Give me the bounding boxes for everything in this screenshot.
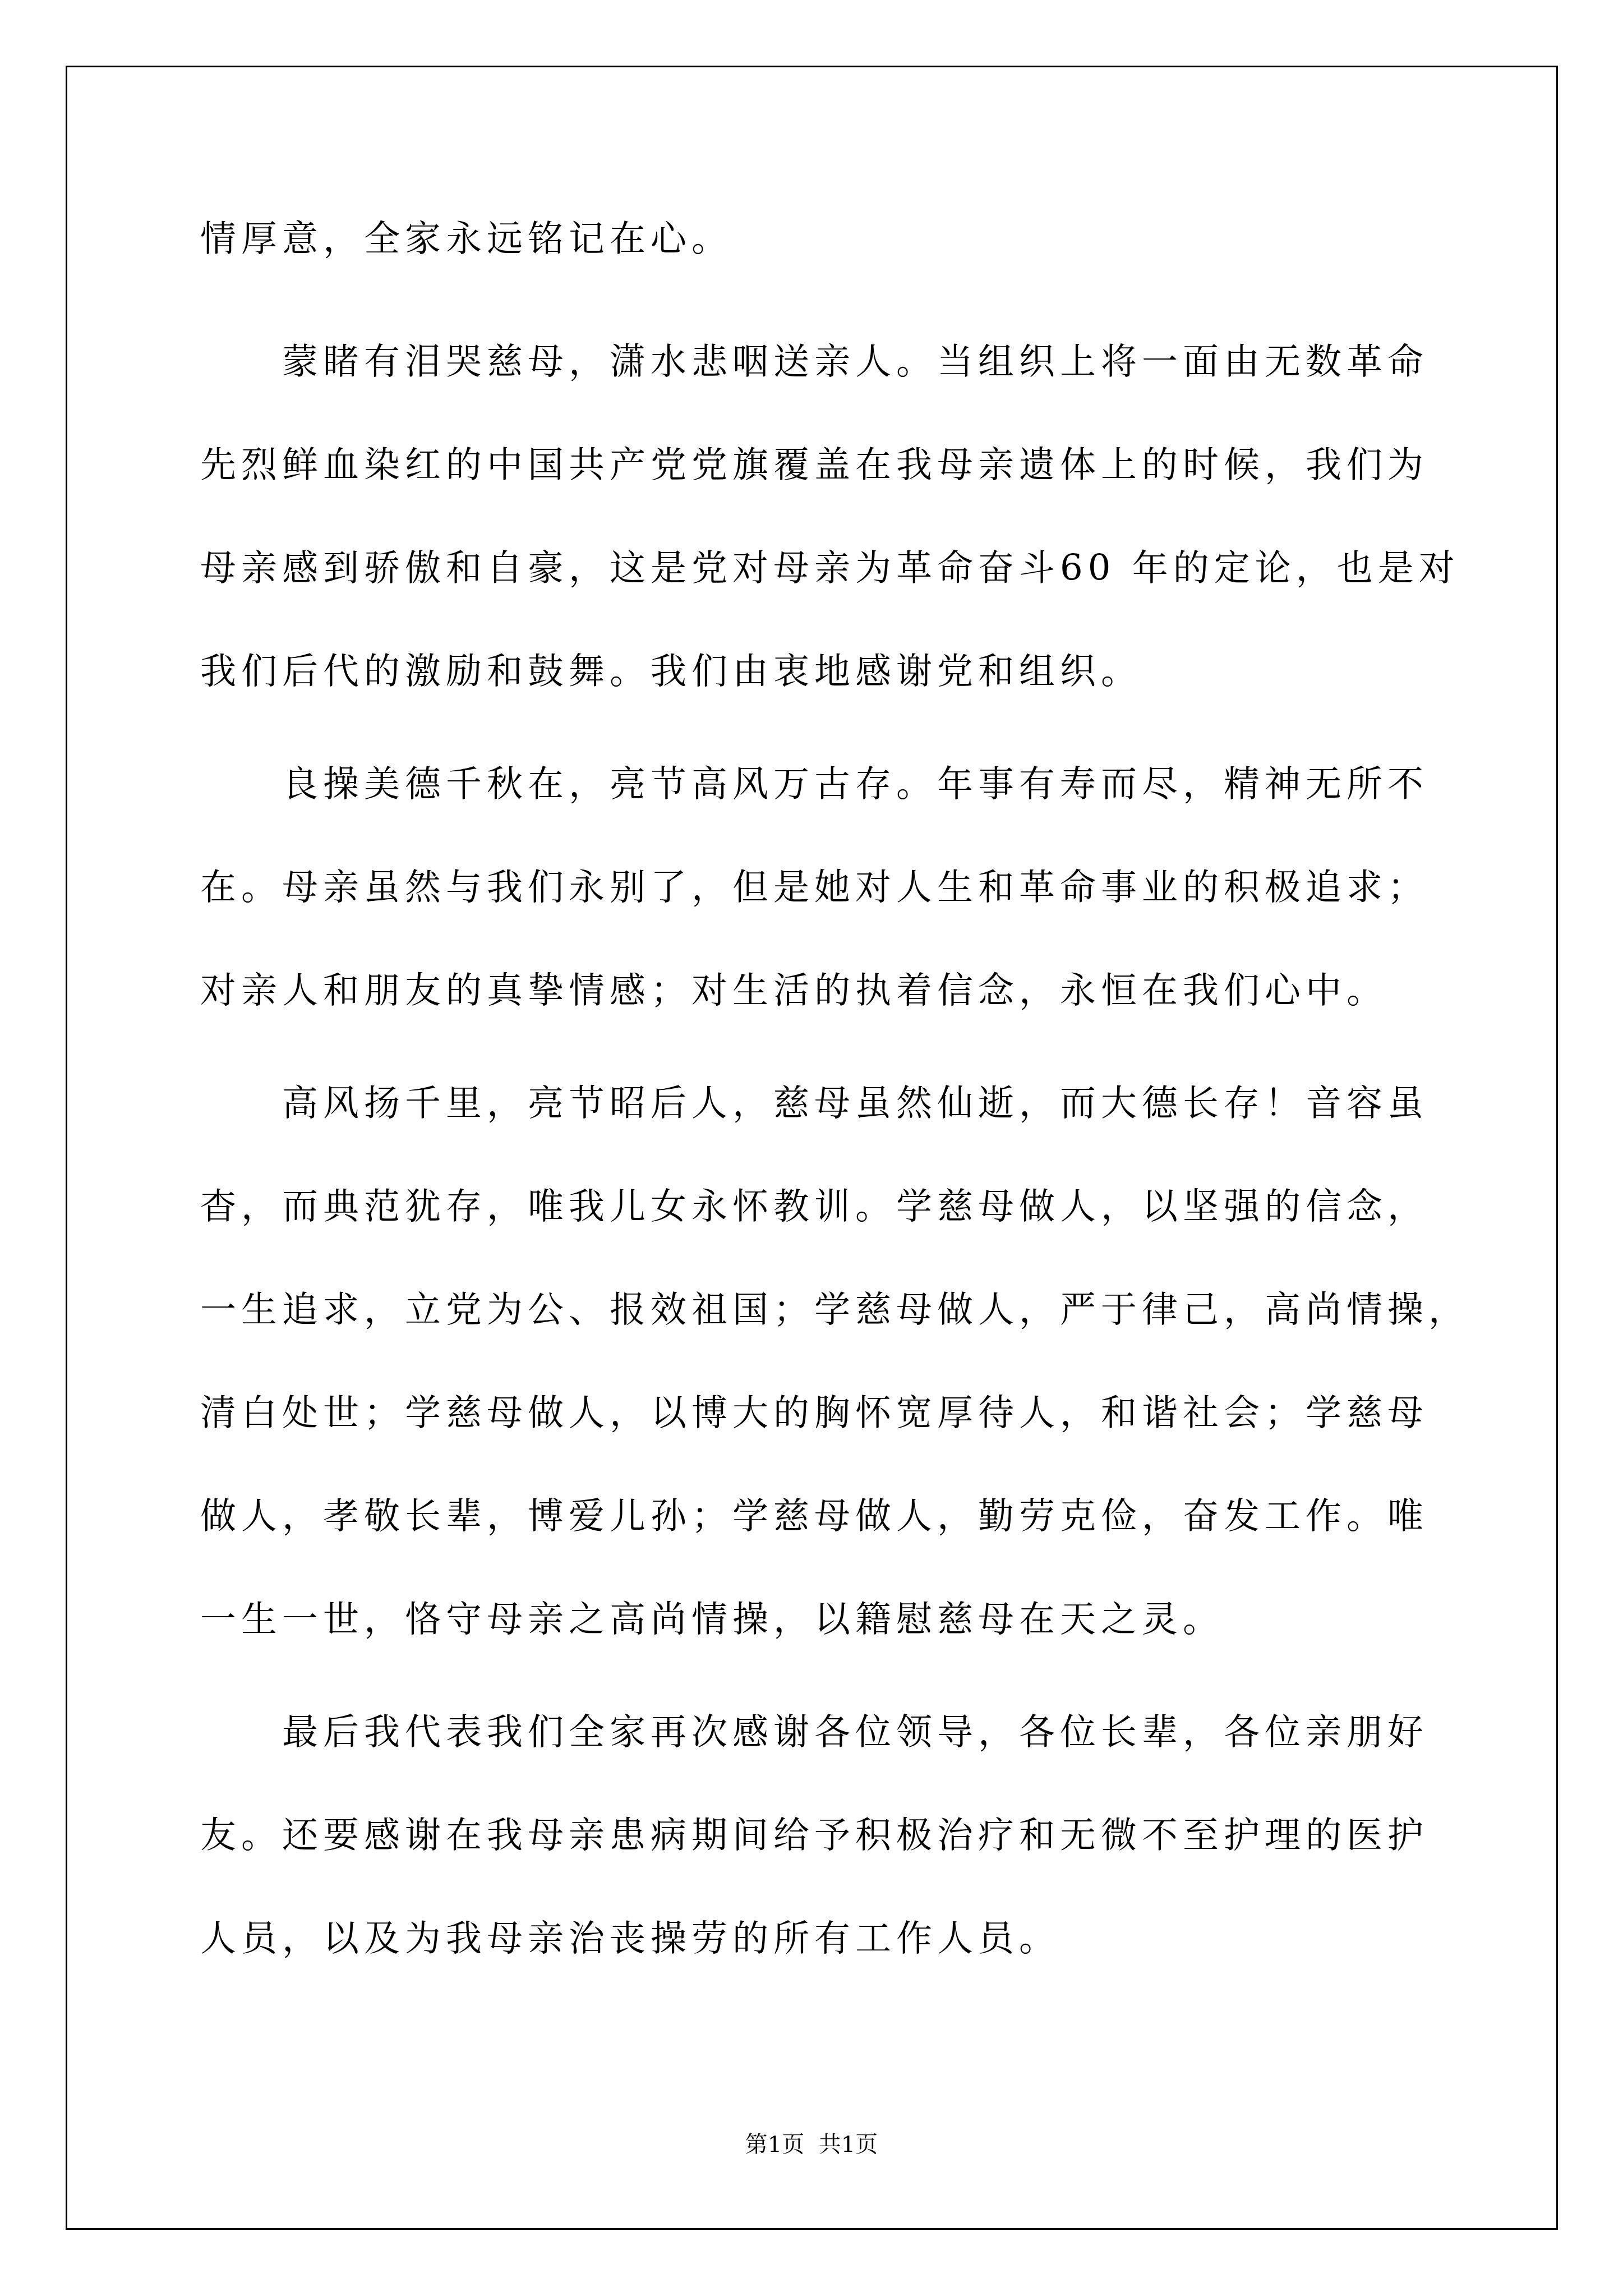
- paragraph-5: 最后我代表我们全家再次感谢各位领导，各位长辈，各位亲朋好 友。还要感谢在我母亲患…: [200, 1681, 1434, 1990]
- text-line: 母亲感到骄傲和自豪，这是党对母亲为革命奋斗60 年的定论，也是对: [200, 517, 1434, 620]
- text-line: 人员，以及为我母亲治丧操劳的所有工作人员。: [200, 1887, 1434, 1990]
- text-line: 清白处世；学慈母做人，以博大的胸怀宽厚待人，和谐社会；学慈母: [200, 1361, 1434, 1465]
- text-line: 情厚意，全家永远铭记在心。: [200, 187, 1434, 291]
- text-line: 良操美德千秋在，亮节高风万古存。年事有寿而尽，精神无所不: [200, 733, 1434, 836]
- text-line: 一生一世，恪守母亲之高尚情操，以籍慰慈母在天之灵。: [200, 1568, 1434, 1671]
- paragraph-2: 蒙睹有泪哭慈母，潇水悲咽送亲人。当组织上将一面由无数革命 先烈鲜血染红的中国共产…: [200, 310, 1434, 723]
- text-line: 对亲人和朋友的真挚情感；对生活的执着信念，永恒在我们心中。: [200, 939, 1434, 1042]
- text-line: 我们后代的激励和鼓舞。我们由衷地感谢党和组织。: [200, 620, 1434, 723]
- page-number-footer: 第1页 共1页: [0, 2131, 1623, 2159]
- text-line: 最后我代表我们全家再次感谢各位领导，各位长辈，各位亲朋好: [200, 1681, 1434, 1784]
- text-line: 做人，孝敬长辈，博爱儿孙；学慈母做人，勤劳克俭，奋发工作。唯: [200, 1465, 1434, 1568]
- text-line: 先烈鲜血染红的中国共产党党旗覆盖在我母亲遗体上的时候，我们为: [200, 413, 1434, 517]
- text-line: 在。母亲虽然与我们永别了，但是她对人生和革命事业的积极追求；: [200, 836, 1434, 939]
- paragraph-1: 情厚意，全家永远铭记在心。: [200, 187, 1434, 291]
- text-line: 杳，而典范犹存，唯我儿女永怀教训。学慈母做人，以坚强的信念，: [200, 1155, 1434, 1258]
- paragraph-3: 良操美德千秋在，亮节高风万古存。年事有寿而尽，精神无所不 在。母亲虽然与我们永别…: [200, 733, 1434, 1042]
- document-body: 情厚意，全家永远铭记在心。 蒙睹有泪哭慈母，潇水悲咽送亲人。当组织上将一面由无数…: [200, 187, 1434, 1990]
- text-line: 友。还要感谢在我母亲患病期间给予积极治疗和无微不至护理的医护: [200, 1784, 1434, 1887]
- text-line: 高风扬千里，亮节昭后人，慈母虽然仙逝，而大德长存！音容虽: [200, 1052, 1434, 1155]
- text-line: 一生追求，立党为公、报效祖国；学慈母做人，严于律己，高尚情操，: [200, 1258, 1434, 1361]
- paragraph-4: 高风扬千里，亮节昭后人，慈母虽然仙逝，而大德长存！音容虽 杳，而典范犹存，唯我儿…: [200, 1052, 1434, 1671]
- text-line: 蒙睹有泪哭慈母，潇水悲咽送亲人。当组织上将一面由无数革命: [200, 310, 1434, 413]
